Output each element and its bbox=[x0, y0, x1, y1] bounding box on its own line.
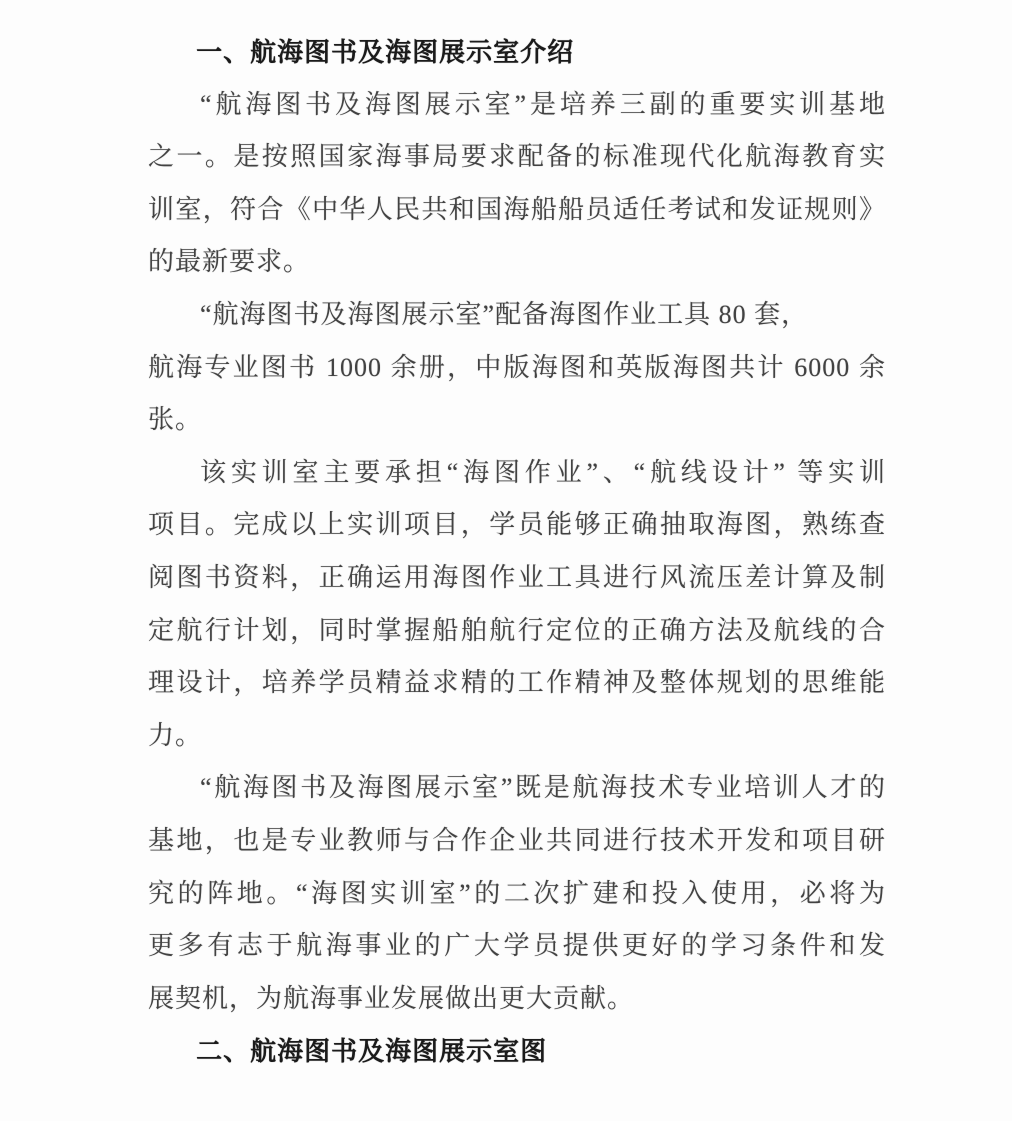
section-2-heading: 二、航海图书及海图展示室图 bbox=[148, 1025, 886, 1078]
paragraph-2-line: “航海图书及海图展示室”配备海图作业工具 80 套， bbox=[148, 289, 886, 342]
paragraph-4-line: “航海图书及海图展示室”既是航海技术专业培训人才的 bbox=[148, 762, 886, 815]
paragraph-4-line: 基地，也是专业教师与合作企业共同进行技术开发和项目研 bbox=[148, 815, 886, 868]
paragraph-1-line: 的最新要求。 bbox=[148, 236, 886, 289]
paragraph-3-line: 理设计，培养学员精益求精的工作精神及整体规划的思维能 bbox=[148, 657, 886, 710]
paragraph-3-line: 项目。完成以上实训项目，学员能够正确抽取海图，熟练查 bbox=[148, 499, 886, 552]
section-1-heading: 一、航海图书及海图展示室介绍 bbox=[148, 26, 886, 79]
paragraph-4-line: 展契机，为航海事业发展做出更大贡献。 bbox=[148, 973, 886, 1026]
document-content: 一、航海图书及海图展示室介绍 “航海图书及海图展示室”是培养三副的重要实训基地 … bbox=[148, 26, 886, 1078]
paragraph-3-line: 定航行计划，同时掌握船舶航行定位的正确方法及航线的合 bbox=[148, 605, 886, 658]
paragraph-2-line: 航海专业图书 1000 余册，中版海图和英版海图共计 6000 余 bbox=[148, 342, 886, 395]
paragraph-4-line: 更多有志于航海事业的广大学员提供更好的学习条件和发 bbox=[148, 920, 886, 973]
paragraph-2-line: 张。 bbox=[148, 394, 886, 447]
paragraph-1-line: 之一。是按照国家海事局要求配备的标准现代化航海教育实 bbox=[148, 131, 886, 184]
paragraph-4-line: 究的阵地。“海图实训室”的二次扩建和投入使用，必将为 bbox=[148, 868, 886, 921]
paragraph-1-line: 训室，符合《中华人民共和国海船船员适任考试和发证规则》 bbox=[148, 184, 886, 237]
paragraph-3-line: 该实训室主要承担“海图作业”、“航线设计” 等实训 bbox=[148, 447, 886, 500]
paragraph-1-line: “航海图书及海图展示室”是培养三副的重要实训基地 bbox=[148, 79, 886, 132]
paragraph-3-line: 阅图书资料，正确运用海图作业工具进行风流压差计算及制 bbox=[148, 552, 886, 605]
document-page: 一、航海图书及海图展示室介绍 “航海图书及海图展示室”是培养三副的重要实训基地 … bbox=[0, 0, 1012, 1121]
paragraph-3-line: 力。 bbox=[148, 710, 886, 763]
